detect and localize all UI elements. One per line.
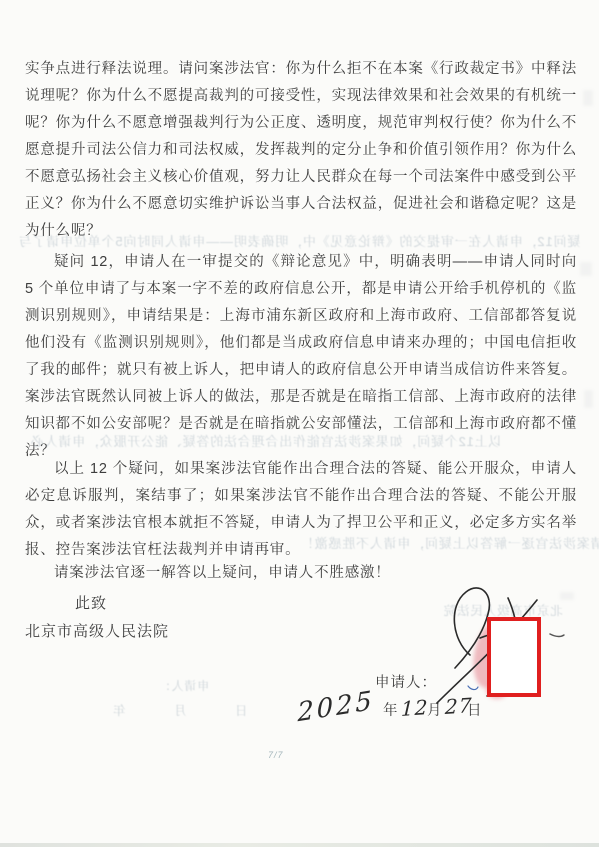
blue-ink-mark <box>468 686 478 690</box>
scanned-document-page: 实争点进行释法说理。请问案涉法官：你为什么拒不在本案《行政裁定书》中释法说理呢？… <box>0 0 599 847</box>
applicant-signature <box>0 0 599 847</box>
pen-tick-mark <box>550 634 564 636</box>
redaction-box <box>487 617 541 697</box>
